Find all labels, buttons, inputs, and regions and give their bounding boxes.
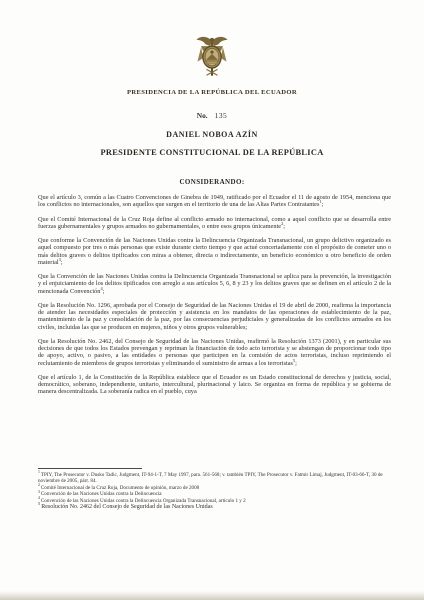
- paragraph-text: Que conforme la Convención de las Nacion…: [38, 237, 391, 266]
- footnotes-section: 1TPIY, The Prosecutor v. Dusko Tadic, Ju…: [38, 468, 384, 511]
- considerando-paragraph-5: Que la Resolución No. 1296, aprobada por…: [38, 302, 391, 331]
- footnote-marker: 2: [38, 483, 40, 487]
- paragraph-text: Que el artículo 1, de la Constitución de…: [38, 374, 391, 396]
- paragraph-suffix: ;: [322, 201, 324, 208]
- president-title: PRESIDENTE CONSTITUCIONAL DE LA REPÚBLIC…: [0, 148, 424, 157]
- president-name: DANIEL NOBOA AZÍN: [0, 130, 424, 139]
- paragraph-suffix: ;: [245, 324, 247, 331]
- decree-number: No.135: [0, 111, 424, 120]
- paragraph-suffix: ;: [283, 223, 285, 230]
- footnote-marker: 4: [38, 496, 40, 500]
- considerando-paragraph-2: Que el Comité Internacional de la Cruz R…: [38, 216, 391, 231]
- footnote-1: 1TPIY, The Prosecutor v. Dusko Tadic, Ju…: [38, 472, 384, 485]
- emblem-container: [0, 0, 424, 82]
- paragraph-suffix: ;: [103, 288, 105, 295]
- considerando-paragraph-3: Que conforme la Convención de las Nacion…: [38, 237, 391, 266]
- footnote-5: 5Resolución No. 2462 del Consejo de Segu…: [38, 504, 384, 511]
- considerando-paragraph-4: Que la Convención de las Naciones Unidas…: [38, 273, 391, 295]
- footnote-text: Convención de las Naciones Unidas contra…: [41, 491, 162, 497]
- paragraph-text: Que la Resolución No. 1296, aprobada por…: [38, 302, 391, 331]
- paragraph-text: Que el Comité Internacional de la Cruz R…: [38, 216, 391, 230]
- paragraph-suffix: ;: [61, 259, 63, 266]
- footnote-text: Resolución No. 2462 del Consejo de Segur…: [41, 504, 212, 510]
- considerando-paragraph-1: Que el artículo 3, común a las Cuatro Co…: [38, 194, 391, 209]
- considerando-paragraph-6: Que la Resolución No. 2462, del Consejo …: [38, 338, 391, 367]
- paragraph-text: Que la Resolución No. 2462, del Consejo …: [38, 338, 391, 367]
- footnote-text: TPIY, The Prosecutor v. Dusko Tadic, Jud…: [38, 472, 383, 484]
- ecuador-coat-of-arms-icon: [192, 34, 232, 82]
- decree-number-label: No.: [197, 111, 208, 120]
- footnote-marker: 1: [38, 470, 40, 474]
- footnote-marker: 5: [38, 501, 40, 506]
- page-bottom-scan-edge: [0, 591, 424, 600]
- footnote-text: Convención de las Naciones Unidas contra…: [41, 498, 246, 504]
- footnote-text: Comité Internacional de la Cruz Roja, Do…: [41, 485, 199, 491]
- decree-document-page: PRESIDENCIA DE LA REPÚBLICA DEL ECUADOR …: [0, 0, 424, 600]
- decree-body: Que el artículo 3, común a las Cuatro Co…: [38, 194, 391, 396]
- decree-number-value: 135: [215, 111, 228, 120]
- paragraph-suffix: ;: [295, 360, 297, 367]
- considerando-paragraph-7: Que el artículo 1, de la Constitución de…: [38, 374, 391, 396]
- paragraph-text: Que la Convención de las Naciones Unidas…: [38, 273, 391, 295]
- footnote-separator-line: [38, 468, 142, 469]
- paragraph-text: Que el artículo 3, común a las Cuatro Co…: [38, 194, 391, 208]
- footnote-marker: 3: [38, 490, 40, 494]
- institution-name: PRESIDENCIA DE LA REPÚBLICA DEL ECUADOR: [0, 89, 424, 96]
- section-heading-considerando: CONSIDERANDO:: [0, 178, 424, 186]
